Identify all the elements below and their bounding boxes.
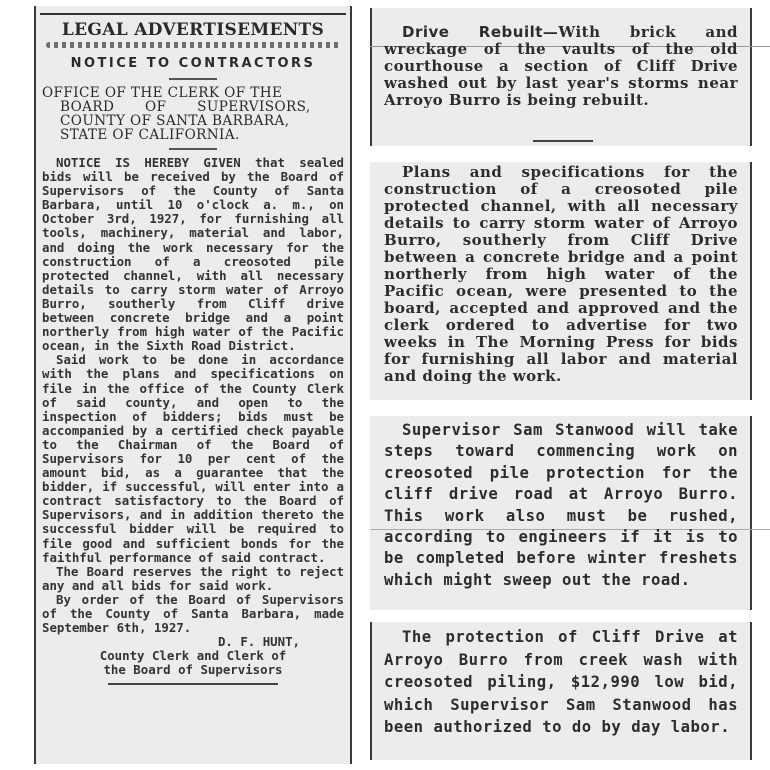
wavy-divider (46, 42, 340, 48)
column-border-right (350, 6, 352, 764)
clipping-text: The protection of Cliff Drive at Arroyo … (384, 626, 738, 739)
office-block: OFFICE OF THE CLERK OF THE BOARD OF SUPE… (42, 86, 344, 142)
section-header: LEGAL ADVERTISEMENTS (42, 20, 344, 40)
notice-paragraph: Said work to be done in accordance with … (42, 353, 344, 564)
clip-border (370, 622, 372, 760)
signature-title: the Board of Supervisors (42, 663, 344, 677)
clipping-text: Plans and specifications for the constru… (384, 164, 738, 385)
divider (169, 148, 217, 150)
clipping-text: Supervisor Sam Stanwood will take steps … (384, 420, 738, 591)
signature-title: County Clerk and Clerk of (42, 649, 344, 663)
divider (169, 78, 217, 80)
clip-border (750, 8, 752, 146)
legal-advertisement-clipping: LEGAL ADVERTISEMENTS NOTICE TO CONTRACTO… (34, 6, 352, 764)
column-border-left (34, 6, 36, 764)
clipping-low-bid: The protection of Cliff Drive at Arroyo … (370, 622, 752, 760)
clipping-plans-specifications: Plans and specifications for the constru… (370, 162, 752, 400)
clip-border (750, 416, 752, 610)
clipping-headline: Drive Rebuilt (402, 23, 543, 41)
signature-name: D. F. HUNT, (42, 635, 344, 649)
clipping-drive-rebuilt: Drive Rebuilt—With brick and wreckage of… (370, 8, 752, 146)
clip-border (370, 8, 372, 146)
divider (533, 140, 593, 142)
office-line: BOARD OF SUPERVISORS, (42, 100, 344, 114)
office-line: OFFICE OF THE CLERK OF THE (42, 86, 344, 100)
office-line: COUNTY OF SANTA BARBARA, (42, 114, 344, 128)
notice-title: NOTICE TO CONTRACTORS (42, 56, 344, 72)
clipping-text: Drive Rebuilt—With brick and wreckage of… (384, 24, 738, 109)
clipping-stanwood-work: Supervisor Sam Stanwood will take steps … (370, 416, 752, 610)
notice-paragraph: The Board reserves the right to reject a… (42, 565, 344, 593)
clip-border (750, 622, 752, 760)
clip-border (750, 162, 752, 400)
office-line: STATE OF CALIFORNIA. (42, 128, 344, 142)
end-rule (108, 683, 278, 685)
notice-paragraph: By order of the Board of Supervisors of … (42, 593, 344, 635)
notice-paragraph: NOTICE IS HEREBY GIVEN that sealed bids … (42, 156, 344, 353)
